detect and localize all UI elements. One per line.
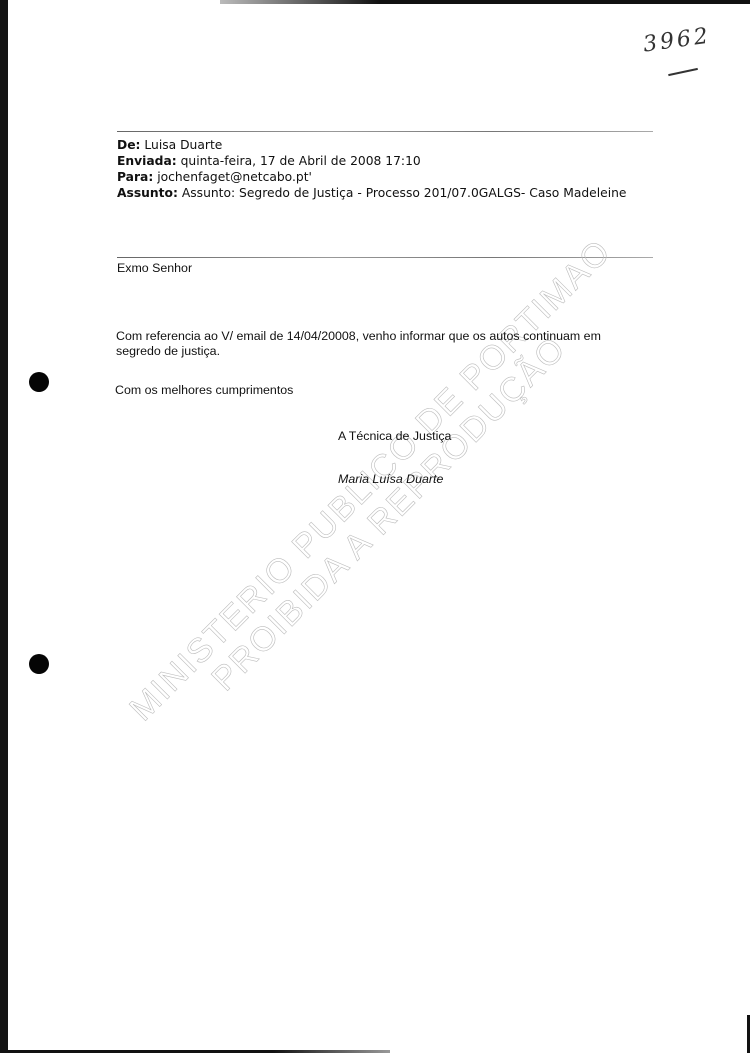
- sent-line: Enviada: quinta-feira, 17 de Abril de 20…: [117, 153, 627, 169]
- handwritten-page-number: 3962: [642, 23, 713, 57]
- header-divider-top: [117, 131, 653, 132]
- to-line: Para: jochenfaget@netcabo.pt': [117, 169, 627, 185]
- body-paragraph-line-2: segredo de justiça.: [116, 344, 601, 359]
- body-paragraph: Com referencia ao V/ email de 14/04/2000…: [116, 329, 601, 359]
- subject-line: Assunto: Assunto: Segredo de Justiça - P…: [117, 185, 627, 201]
- punch-hole: [29, 654, 49, 674]
- to-label: Para:: [117, 170, 153, 184]
- scan-border-top: [220, 0, 750, 4]
- greeting: Exmo Senhor: [117, 261, 192, 276]
- sent-value: quinta-feira, 17 de Abril de 2008 17:10: [181, 154, 421, 168]
- from-label: De:: [117, 138, 140, 152]
- closing: Com os melhores cumprimentos: [115, 383, 293, 398]
- from-value: Luisa Duarte: [144, 138, 222, 152]
- subject-value: Assunto: Segredo de Justiça - Processo 2…: [182, 186, 627, 200]
- body-paragraph-line-1: Com referencia ao V/ email de 14/04/2000…: [116, 329, 601, 344]
- signature-name: Maria Luísa Duarte: [338, 472, 443, 487]
- to-value: jochenfaget@netcabo.pt': [157, 170, 312, 184]
- punch-hole: [29, 372, 49, 392]
- handwritten-underline: [668, 68, 698, 76]
- sent-label: Enviada:: [117, 154, 177, 168]
- subject-label: Assunto:: [117, 186, 178, 200]
- signature-title: A Técnica de Justiça: [338, 429, 451, 444]
- email-header: De: Luisa Duarte Enviada: quinta-feira, …: [117, 137, 627, 201]
- from-line: De: Luisa Duarte: [117, 137, 627, 153]
- scan-border-left: [0, 0, 8, 1053]
